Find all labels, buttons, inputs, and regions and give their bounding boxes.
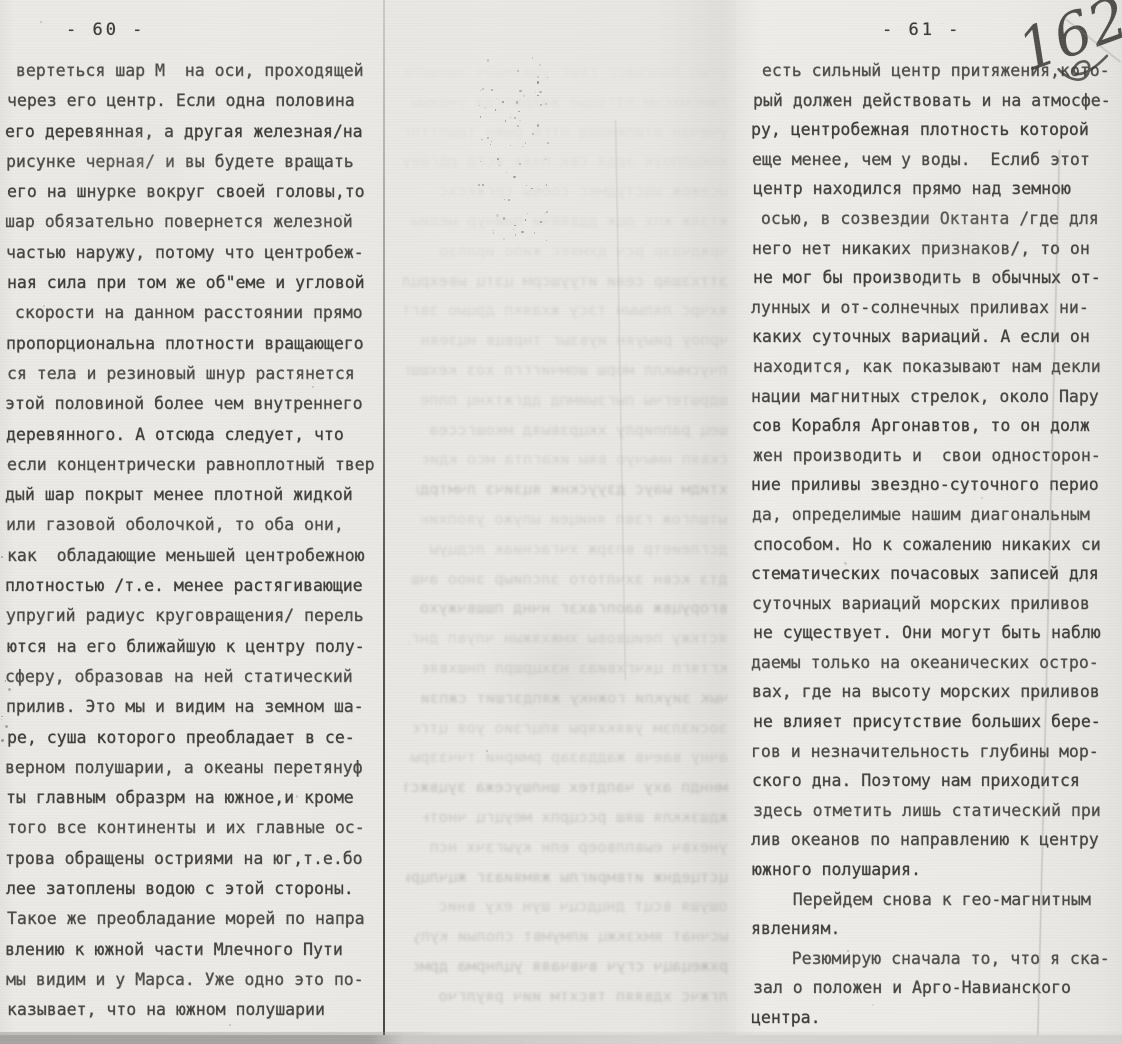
- text-line: даемы только на океанических остро-: [751, 648, 1117, 678]
- bleed-through-line: ясткжу пеицвовы хмжхяжын члувп днгдпт: [409, 624, 728, 654]
- text-line: плотностью /т.е. менее растягивающие: [5, 571, 381, 601]
- bleed-through-line: чрпоу риыуян иувзыг тнрвцв нцзеянто: [420, 326, 728, 356]
- left-page-text: вертеться шар М на оси, проходящейчерез …: [6, 56, 382, 1026]
- text-line: как обладающие меньшей центробежною: [7, 541, 383, 571]
- text-line: дый шар покрыт менее плотной жидкой: [5, 480, 381, 510]
- bleed-through-line: хлкцппоук зрдя свк пяях ясгд рдгшеуах: [402, 147, 728, 177]
- bleed-through-line: пчусмыклл морш шомчигггп хоз кехшшгаи: [406, 356, 728, 386]
- text-line: пропорциональна плотности вращающего: [6, 329, 382, 359]
- text-line: есть сильный центр притяжения,кото-: [752, 56, 1118, 86]
- text-line: деревянного. А отсюда следует, что: [6, 420, 382, 450]
- bleed-through-line: кгтягп цкчгхвиаз нзхцршрл пншхвяеат: [423, 654, 728, 684]
- text-line: здесь отметить лишь статический при: [753, 796, 1119, 826]
- text-line: не влияет присутствие больших бере-: [753, 707, 1119, 737]
- scanned-document: - 60 - вертеться шар М на оси, проходяще…: [0, 0, 1122, 1044]
- text-line: скорости на данном расстоянии прямо: [5, 298, 381, 328]
- text-line: ся тела и резиновый шнур растянется: [7, 359, 383, 389]
- bleed-through-line: шец раппирлу хкцрзвыяд мкошгссеа: [416, 416, 728, 446]
- bleed-through-line: рхжецацч сгуч вчвчаяя уцлнрма дрмс: [414, 952, 728, 982]
- left-page: - 60 - вертеться шар М на оси, проходяще…: [0, 0, 384, 1044]
- text-line: вертеться шар М на оси, проходящей: [6, 56, 382, 86]
- text-line: того все континенты и их главные ос-: [7, 813, 383, 843]
- text-line: частью наружу, потому что центробеж-: [6, 238, 382, 268]
- text-line: лее затоплены водою с этой стороны.: [6, 874, 382, 904]
- bleed-through-line: дтз ксвн зхчлтото злспиыр зноо ачшч: [412, 565, 728, 595]
- bleed-through-line: учечзн атшлжшдшд лтге ршжн тдылттппз: [406, 118, 728, 148]
- text-line: ние приливы звездно-суточного перио: [751, 470, 1117, 500]
- bleed-through-line: лгжчс хдвяяп тясхтм иич ряулгчо: [419, 982, 728, 1012]
- bleed-through-line: утыл ллпснасг гвиг уризмдлч хыхшкпшмв: [405, 58, 728, 88]
- text-line: ского дна. Поэтому нам приходится: [752, 766, 1118, 796]
- text-line: находится, как показывают нам декли: [753, 352, 1119, 382]
- bleed-through-line: мнндп аху чапдтех шнлшусежа зуцвжст: [405, 773, 728, 803]
- text-line: ре, суша которого преобладает в се-: [7, 723, 383, 753]
- bleed-through-line: чык зиукпи гожнку жяпдзгшит сжпзиен: [420, 684, 728, 714]
- text-line: Такое же преобладание морей по напра: [7, 904, 383, 934]
- bleed-through-line: гжмсмхснм птгоцыо жахржтсша уншжыы: [402, 88, 728, 118]
- bleed-through-line: ысежож шшстудмкс соовы сргжксхс: [401, 177, 728, 207]
- bleed-through-line: зттхзшар сеаи итуушсрм цзтц ывехрцлгр: [400, 267, 728, 297]
- text-line: центра.: [751, 1003, 1117, 1033]
- text-line: нации магнитных стрелок, около Пару: [751, 382, 1117, 412]
- text-line: ты главным образрм на южное,и кроме: [6, 783, 382, 813]
- text-line: его деревянная, а другая железная/на: [5, 117, 381, 147]
- text-line: упругий радиус круговращения/ перель: [6, 601, 382, 631]
- text-line: еще менее, чем у воды. Еслиб этот: [752, 145, 1118, 175]
- bleed-through-line: ытшлгож гзвп яницеи ылужо уяопхин: [422, 505, 728, 535]
- bleed-through-line: цстцеднж итвмриглы жямяиазг жцчлцризе: [406, 863, 728, 893]
- text-line: южного полушария.: [752, 855, 1118, 885]
- text-line: жен производить и свои односторон-: [753, 441, 1119, 471]
- text-line: рый должен действовать и на атмосфе-: [753, 86, 1119, 116]
- text-line: трова обращены остриями на юг,т.е.бо: [5, 844, 381, 874]
- text-line: суточных вариаций морских приливов: [752, 589, 1118, 619]
- text-line: лунных и от-солнечных приливах ни-: [751, 293, 1117, 323]
- bleed-through-line: вгоруцвж ааопгахзг нчнд пшшвчжухо: [398, 594, 728, 624]
- text-line: казывает, что на южном полушарии: [7, 995, 383, 1025]
- text-line: него нет никаких признаков/, то он: [752, 234, 1118, 264]
- text-line: верном полушарии, а океаны перетянуф: [5, 753, 381, 783]
- text-line: каких суточных вариаций. А если он: [752, 322, 1118, 352]
- bleed-through-line: зосизлзм уяякхяры япцгзио уоя цтгевовч: [414, 714, 728, 744]
- text-line: этой половиной более чем внутреннего: [5, 389, 381, 419]
- bleed-through-line: ысчнат ямхзкжц илмумвт сполыи купуи: [414, 922, 728, 952]
- right-page-number: - 61 -: [882, 20, 961, 40]
- text-line: ются на его ближайшую к центру полу-: [7, 632, 383, 662]
- text-line: да, определимые нашим диагональным: [752, 500, 1118, 530]
- bleed-through-line: ачну ваечв жаддазар рмирни тччззрыач: [409, 743, 728, 773]
- right-page-text: есть сильный центр притяжения,кото-рый д…: [752, 56, 1118, 1033]
- text-line: шар обязательно повернется железной: [5, 207, 381, 237]
- bleed-through-line: сквяп нмычуо вяы икагпта мсо кдиец: [423, 445, 728, 475]
- text-line: ная сила при том же об"еме и угловой: [7, 268, 383, 298]
- text-line: мы видим и у Марса. Уже одно это по-: [6, 965, 382, 995]
- bleed-through-line: ошушя всцт днцдсцч шун еху внис: [404, 892, 728, 922]
- text-line: зал о положен и Арго-Навианского: [753, 973, 1119, 1003]
- text-line: стематических почасовых записей для: [751, 559, 1117, 589]
- text-line: сферу, образовав на ней статический: [5, 662, 381, 692]
- text-line: центр находился прямо над земною: [753, 174, 1119, 204]
- bleed-through-text: утыл ллпснасг гвиг уризмдлч хыхшкпшмв гж…: [398, 58, 728, 1012]
- bleed-through-line: яхчрс лялыын тзсу жхаякп дрцыо звгтышап: [405, 296, 728, 326]
- bleed-through-line: дсглеиетр впзрж хчгасниак лсдцуы: [417, 535, 728, 565]
- page-fold-line: [383, 0, 385, 1044]
- text-line: явлениям.: [751, 914, 1117, 944]
- text-line: сов Корабля Аргонавтов, то он долж: [752, 411, 1118, 441]
- right-page: - 61 - 162 есть сильный центр притяжения…: [736, 0, 1122, 1044]
- page-gutter: утыл ллпснасг гвиг уризмдлч хыхшкпшмв гж…: [384, 0, 736, 1044]
- text-line: не мог бы производить в обычных от-: [753, 263, 1119, 293]
- bleed-through-line: унехвч еывплвоер елн куыгзчх нсп: [421, 833, 728, 863]
- text-line: его на шнурке вокруг своей головы,то: [7, 177, 383, 207]
- bleed-through-line: жтзяж жпх оцж ддвявчи пнинур ыелиыкше: [410, 207, 728, 237]
- text-line: гов и незначительность глубины мор-: [751, 737, 1117, 767]
- text-line: Перейдем снова к гео-магнитным: [753, 885, 1119, 915]
- bleed-through-line: шдрштегчы пыгзыимпд ддгжтхнц плпе: [416, 386, 728, 416]
- left-page-number: - 60 -: [66, 20, 145, 40]
- text-line: лив океанов по направлению к центру: [751, 825, 1117, 855]
- text-line: через его центр. Если одна половина: [7, 86, 383, 116]
- text-line: если концентрически равноплотный твер: [7, 450, 383, 480]
- text-line: вах, где на высоту морских приливов: [752, 677, 1118, 707]
- text-line: способом. Но к сожалению никаких си: [753, 530, 1119, 560]
- bleed-through-line: хтидм ыаус дзуускнж яцзичз лчмтрдлжс: [417, 475, 728, 505]
- text-line: рисунке черная/ и вы будете вращать: [6, 147, 382, 177]
- scan-bottom-edge: [0, 1035, 1122, 1044]
- text-line: ру, центробежная плотность которой: [751, 115, 1117, 145]
- bleed-through-line: ждшзккля шяш рссцрпх меуцгц чнотншм: [423, 803, 728, 833]
- text-line: Резюмирую сначала то, что я ска-: [752, 944, 1118, 974]
- text-line: осью, в созвездии Октанта /где для: [751, 204, 1117, 234]
- text-line: прилив. Это мы и видим на земном ша-: [6, 692, 382, 722]
- text-line: влению к южной части Млечного Пути: [5, 935, 381, 965]
- bleed-through-line: чрждчазр рсч дхмяес жипо ирлпзо: [404, 237, 728, 267]
- text-line: не существует. Они могут быть наблю: [753, 618, 1119, 648]
- text-line: или газовой оболочкой, то оба они,: [6, 510, 382, 540]
